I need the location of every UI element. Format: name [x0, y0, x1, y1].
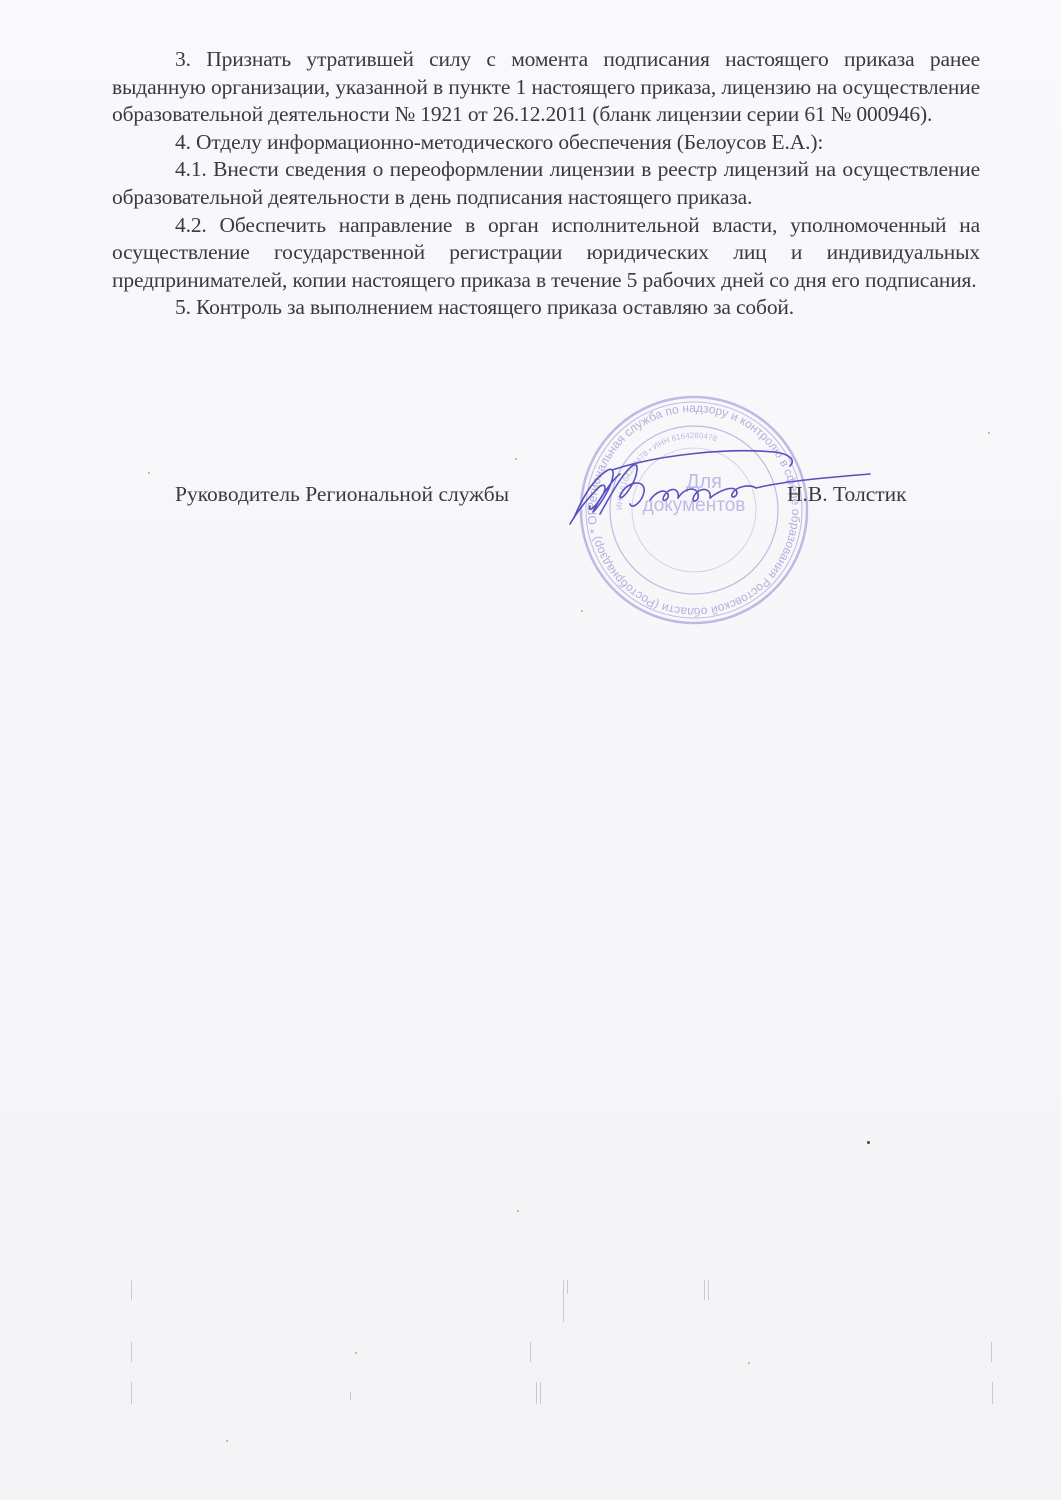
scan-speck [515, 458, 517, 460]
scan-artifact-line [540, 1382, 541, 1404]
scan-speck [148, 472, 150, 474]
scan-artifact-line [992, 1382, 993, 1404]
scan-speck [226, 1440, 228, 1442]
scan-speck [748, 1362, 750, 1364]
paragraph-4-1: 4.1. Внести сведения о переоформлении ли… [112, 156, 980, 211]
scan-speck [581, 610, 583, 612]
scan-artifact-line [536, 1382, 537, 1404]
signatory-title: Руководитель Региональной службы [175, 481, 509, 508]
scan-speck [355, 1352, 357, 1354]
paragraph-4-2: 4.2. Обеспечить направление в орган испо… [112, 212, 980, 295]
scan-artifact-line [350, 1392, 351, 1400]
scan-speck [988, 432, 990, 434]
handwritten-signature-icon [560, 440, 880, 540]
paragraph-5: 5. Контроль за выполнением настоящего пр… [112, 294, 980, 322]
scan-artifact-line [131, 1342, 132, 1362]
scan-artifact-line [991, 1342, 992, 1362]
scan-artifact-line [708, 1280, 709, 1300]
scan-artifact-line [704, 1280, 705, 1300]
scan-speck [517, 1210, 519, 1212]
scan-artifact-line [563, 1280, 564, 1322]
order-body: 3. Признать утратившей силу с момента по… [112, 46, 980, 322]
paragraph-3: 3. Признать утратившей силу с момента по… [112, 46, 980, 129]
scan-artifact-line [567, 1280, 568, 1294]
scan-artifact-line [131, 1382, 132, 1404]
scanned-page: 3. Признать утратившей силу с момента по… [0, 0, 1061, 1500]
paragraph-4: 4. Отделу информационно-методического об… [112, 129, 980, 157]
scan-speck [867, 1141, 870, 1144]
scan-artifact-line [530, 1342, 531, 1362]
scan-artifact-line [131, 1280, 132, 1300]
